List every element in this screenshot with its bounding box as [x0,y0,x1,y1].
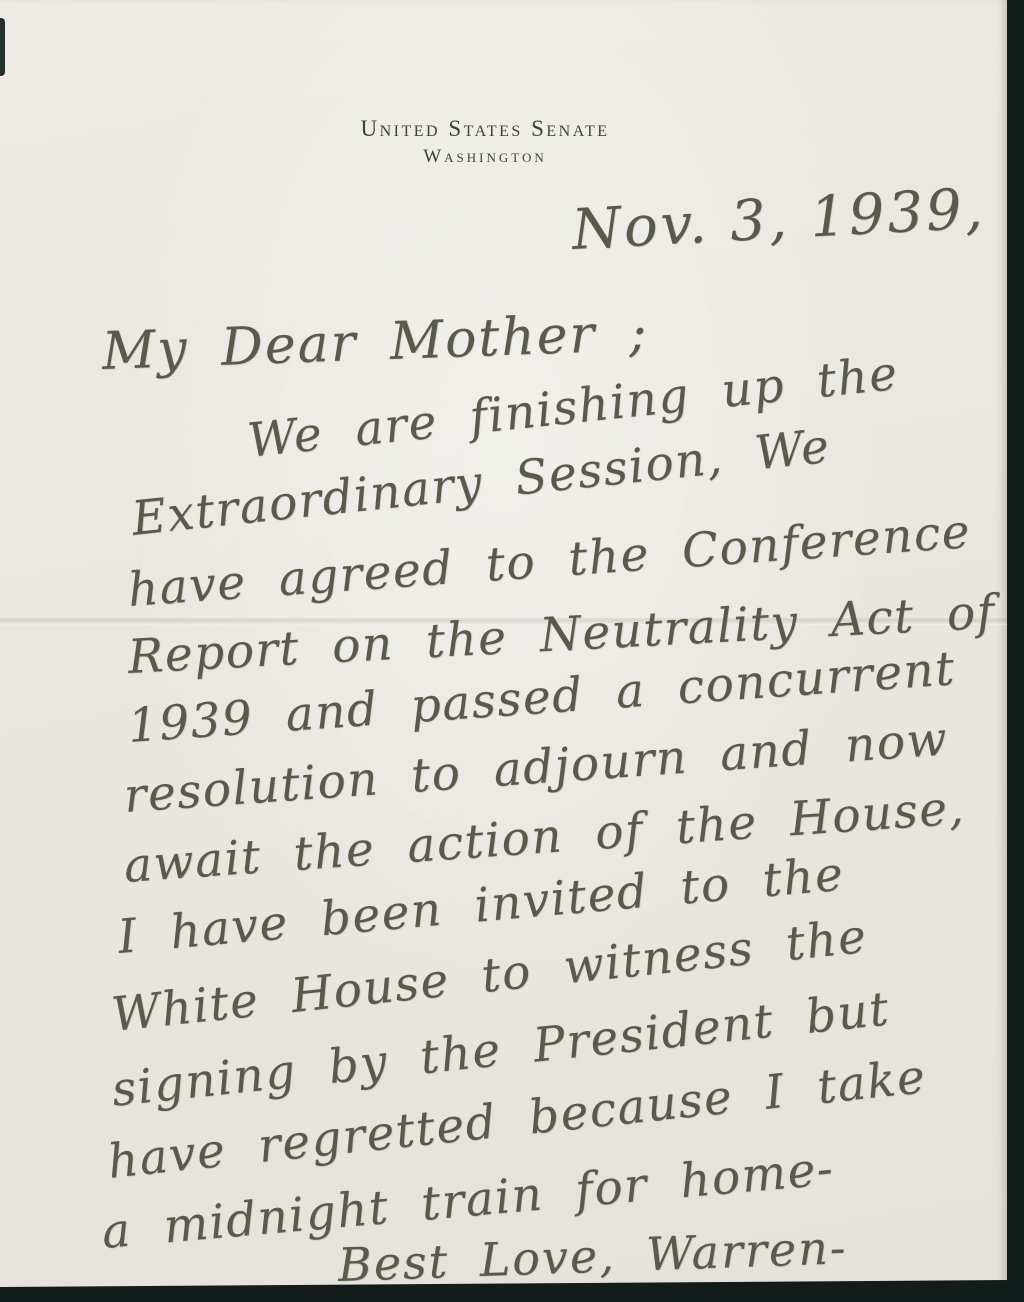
senate-letterhead: United States Senate Washington [285,116,685,168]
letterhead-location: Washington [285,146,685,168]
scan-edge-artifact [0,18,5,76]
letterhead-organization: United States Senate [285,116,685,142]
handwritten-date: Nov. 3, 1939, [570,176,987,263]
salutation: My Dear Mother ; [101,303,649,382]
scanned-letter-page: United States Senate Washington Nov. 3, … [0,0,1024,1302]
letter-paper: United States Senate Washington Nov. 3, … [0,0,1007,1290]
